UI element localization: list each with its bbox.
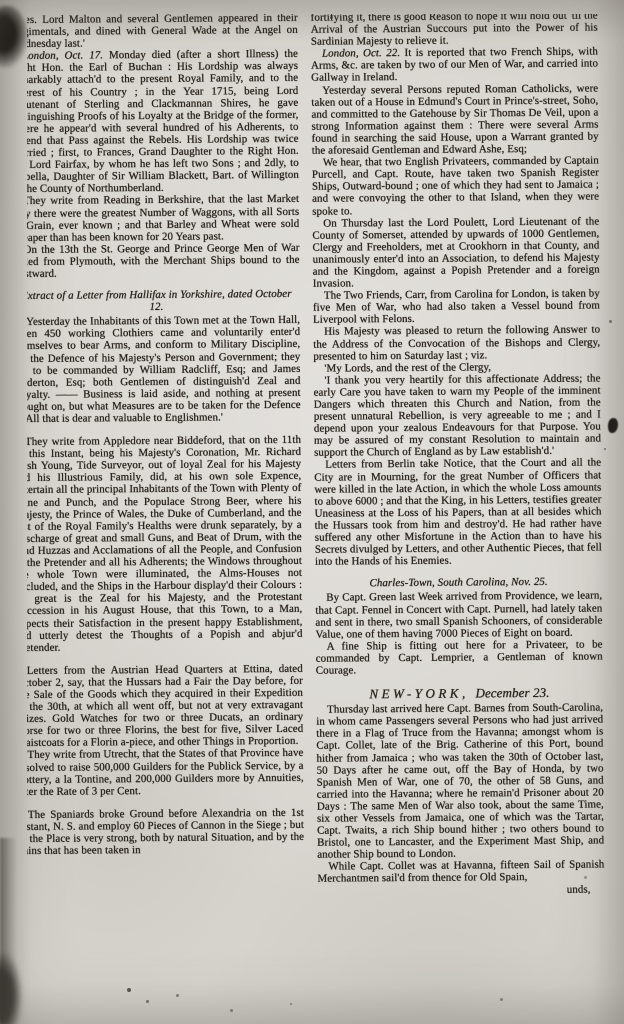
left-column: tunes. Lord Malton and several Gentlemen… [27,14,305,900]
newspaper-page: tunes. Lord Malton and several Gentlemen… [0,0,624,1024]
section-heading: Charles-Town, South Carolina, Nov. 25. [315,576,602,590]
body-paragraph: 'Yesterday the Inhabitants of this Town … [27,314,301,425]
body-paragraph: The Spaniards broke Ground before Alexan… [27,807,304,858]
section-heading-large: NEW-YORK, December 23. [316,686,603,700]
body-paragraph: Letters from the Austrian Head Quarters … [27,663,303,750]
body-paragraph: 'I thank you very heartily for this affe… [313,372,601,459]
body-paragraph: On the 13th the St. George and Prince Ge… [27,242,300,281]
column-layout: tunes. Lord Malton and several Gentlemen… [27,14,613,900]
body-paragraph: A fine Ship is fitting out here for a Pr… [316,638,603,677]
body-paragraph: The Two Friends, Carr, from Carolina for… [313,288,600,327]
body-paragraph: They write from Reading in Berkshire, th… [27,193,299,244]
body-paragraph: Thursday last arrived here Capt. Barnes … [316,702,604,861]
dateline-paragraph: London, Oct. 22. It is reported that two… [311,46,598,85]
page-edge-shadow-left [0,838,17,1024]
body-paragraph: They write from Utrecht, that the States… [27,747,304,798]
body-paragraph: His Majesty was pleased to return the fo… [313,324,600,363]
ink-smudge-top-left [0,6,28,68]
section-heading: Extract of a Letter from Hallifax in Yor… [27,288,300,314]
body-paragraph: On Thursday last the Lord Poulett, Lord … [312,215,600,290]
body-paragraph: Letters from Berlin take Notice, that th… [314,457,602,568]
body-paragraph: While Capt. Collet was at Havanna, fifte… [317,859,604,885]
dateline-paragraph: London, Oct. 17. Monday died (after a sh… [27,48,299,195]
continued-paragraph: tunes. Lord Malton and several Gentlemen… [27,14,298,50]
continued-paragraph: fortifying it, there is good Reason to h… [311,14,598,48]
body-paragraph: We hear, that two English Privateers, co… [312,155,599,218]
text-area: tunes. Lord Malton and several Gentlemen… [27,14,613,1018]
body-paragraph: They write from Appledore near Biddeford… [27,434,303,654]
body-paragraph: Yesterday several Persons reputed Roman … [311,82,599,157]
body-paragraph: By Capt. Green last Week arrived from Pr… [315,590,602,641]
ink-smudge-bottom-left-corner [0,952,22,1024]
catchword: unds, [317,883,604,897]
right-column: fortifying it, there is good Reason to h… [311,14,605,897]
